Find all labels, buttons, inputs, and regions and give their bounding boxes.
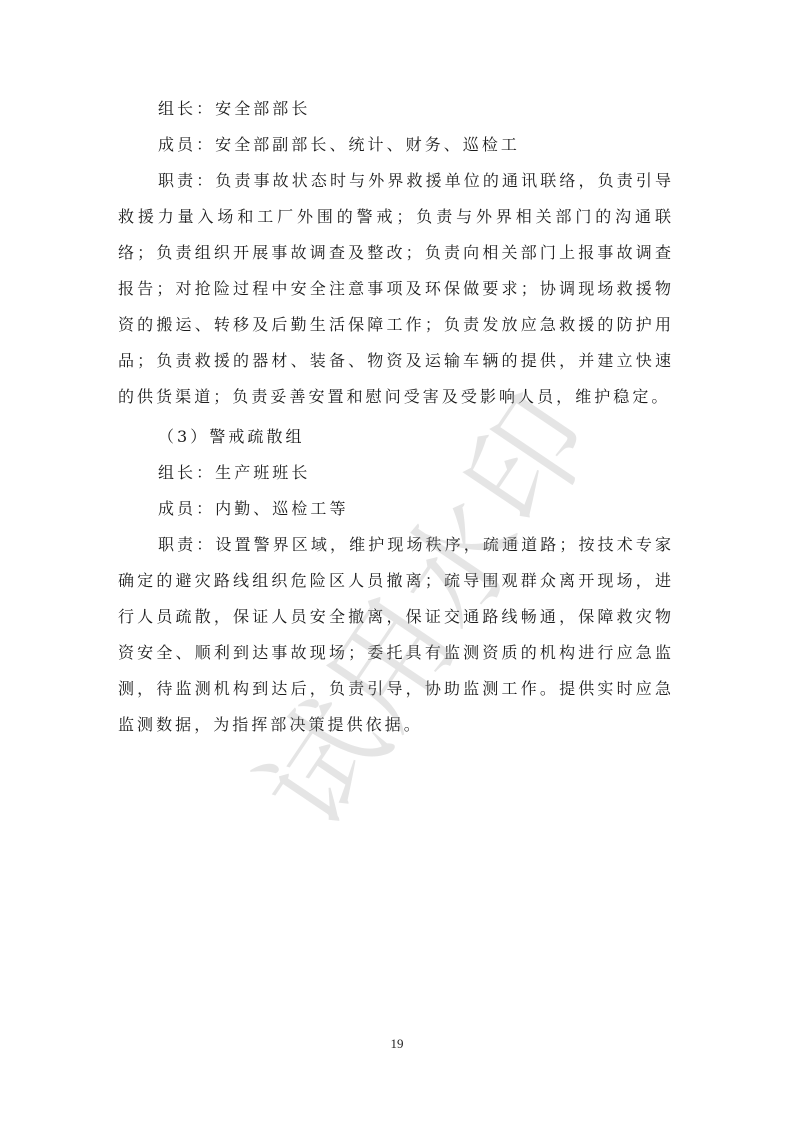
leader-line: 组长：安全部部长 — [118, 91, 674, 127]
duties-paragraph: 职责：设置警界区域，维护现场秩序，疏通道路；按技术专家确定的避灾路线组织危险区人… — [118, 527, 674, 743]
duties-paragraph: 职责：负责事故状态时与外界救援单位的通讯联络，负责引导救援力量入场和工厂外围的警… — [118, 163, 674, 415]
document-page: 组长：安全部部长 成员：安全部副部长、统计、财务、巡检工 职责：负责事故状态时与… — [0, 0, 794, 1123]
members-line: 成员：安全部副部长、统计、财务、巡检工 — [118, 127, 674, 163]
document-body: 组长：安全部部长 成员：安全部副部长、统计、财务、巡检工 职责：负责事故状态时与… — [118, 91, 674, 743]
page-number: 19 — [0, 1036, 794, 1052]
leader-line: 组长：生产班班长 — [118, 455, 674, 491]
members-line: 成员：内勤、巡检工等 — [118, 491, 674, 527]
section-heading: （3）警戒疏散组 — [118, 419, 674, 455]
